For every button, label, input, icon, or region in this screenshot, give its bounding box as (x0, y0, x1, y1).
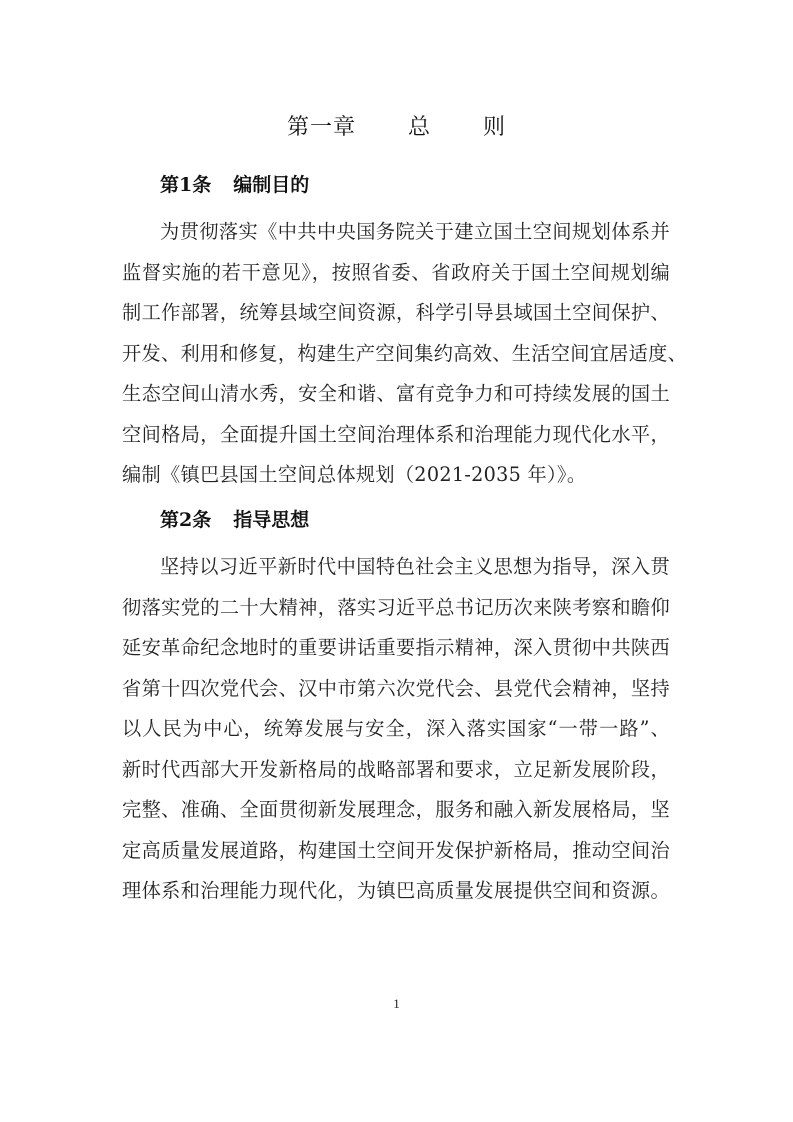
document-page: 第一章 总 则 第1条编制目的 为贯彻落实《中共中央国务院关于建立国土空间规划体… (0, 0, 793, 1122)
article-title: 编制目的 (233, 174, 309, 196)
paragraph-line: 生态空间山清水秀，安全和谐、富有竞争力和可持续发展的国土 (122, 374, 670, 415)
paragraph-line: 定高质量发展道路，构建国土空间开发保护新格局，推动空间治 (122, 831, 670, 872)
paragraph-line: 完整、准确、全面贯彻新发展理念，服务和融入新发展格局，坚 (122, 790, 670, 831)
chapter-number: 第一章 (287, 110, 356, 141)
article-2-body: 坚持以习近平新时代中国特色社会主义思想为指导，深入贯 彻落实党的二十大精神，落实… (122, 547, 670, 912)
paragraph-line: 省第十四次党代会、汉中市第六次党代会、县党代会精神，坚持 (122, 669, 670, 710)
paragraph-line: 开发、利用和修复，构建生产空间集约高效、生活空间宜居适度、 (122, 334, 670, 375)
paragraph-line: 编制《镇巴县国土空间总体规划（2021-2035 年）》。 (122, 455, 670, 496)
chapter-name-part2: 则 (483, 110, 506, 141)
paragraph-line: 以人民为中心，统筹发展与安全，深入落实国家“一带一路”、 (122, 709, 670, 750)
paragraph-line: 空间格局，全面提升国土空间治理体系和治理能力现代化水平， (122, 415, 670, 456)
paragraph-line: 监督实施的若干意见》，按照省委、省政府关于国土空间规划编 (122, 253, 670, 294)
paragraph-line: 理体系和治理能力现代化，为镇巴高质量发展提供空间和资源。 (122, 871, 670, 912)
article-2-heading: 第2条指导思想 (160, 505, 309, 532)
paragraph-line: 坚持以习近平新时代中国特色社会主义思想为指导，深入贯 (122, 547, 670, 588)
paragraph-line: 制工作部署，统筹县域空间资源，科学引导县域国土空间保护、 (122, 293, 670, 334)
article-number: 第1条 (160, 174, 211, 196)
article-title: 指导思想 (233, 509, 309, 531)
article-1-body: 为贯彻落实《中共中央国务院关于建立国土空间规划体系并 监督实施的若干意见》，按照… (122, 212, 670, 496)
article-number: 第2条 (160, 509, 211, 531)
page-number: 1 (0, 996, 793, 1012)
paragraph-line: 为贯彻落实《中共中央国务院关于建立国土空间规划体系并 (122, 212, 670, 253)
article-1-heading: 第1条编制目的 (160, 170, 309, 197)
paragraph-line: 延安革命纪念地时的重要讲话重要指示精神，深入贯彻中共陕西 (122, 628, 670, 669)
paragraph-line: 彻落实党的二十大精神，落实习近平总书记历次来陕考察和瞻仰 (122, 588, 670, 629)
chapter-title: 第一章 总 则 (0, 110, 793, 141)
chapter-name-part1: 总 (408, 110, 431, 141)
paragraph-line: 新时代西部大开发新格局的战略部署和要求，立足新发展阶段， (122, 750, 670, 791)
